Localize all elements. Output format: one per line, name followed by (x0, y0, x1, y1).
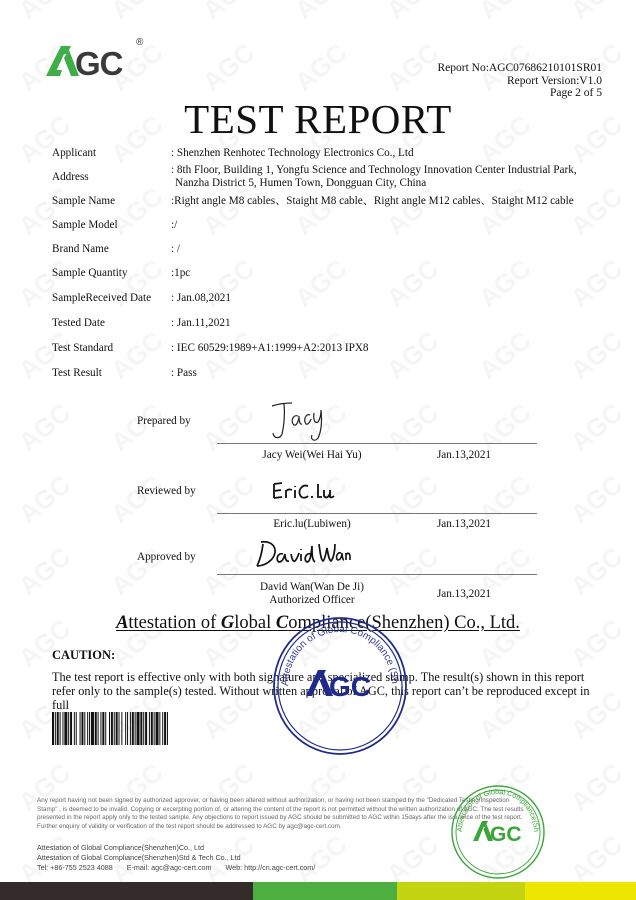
info-value: :Right angle M8 cables、Staight M8 cable、… (171, 195, 574, 208)
info-value: :/ (171, 219, 177, 232)
prepared-by-label: Prepared by (137, 415, 191, 427)
reviewed-by-label: Reviewed by (137, 485, 196, 497)
info-value: : Pass (171, 367, 197, 380)
info-value-line2: Nanzha District 5, Humen Town, Dongguan … (175, 177, 426, 190)
info-value: : Shenzhen Renhotec Technology Electroni… (171, 147, 414, 160)
info-label: Sample Name (52, 195, 115, 208)
testing-inspection-stamp: Attestation of Global Compliance(Shenzhe… (450, 784, 546, 880)
title-part: lobal (234, 613, 276, 633)
footer-company-2: Attestation of Global Compliance(Shenzhe… (37, 853, 315, 863)
color-bar-segment (397, 882, 525, 900)
agc-logo-mark: GC (44, 40, 136, 80)
footer-tel: Tel: +86-755 2523 4088 (37, 863, 113, 872)
company-seal-stamp: Attestation of Global Compliance (Shenzh… (272, 616, 408, 756)
svg-text:GC: GC (75, 45, 123, 80)
page-title: TEST REPORT (0, 94, 636, 144)
approved-by-name-text: David Wan(Wan De Ji) (217, 581, 407, 594)
color-bar-segment (0, 882, 253, 900)
color-bar-segment (253, 882, 397, 900)
prepared-by-name: Jacy Wei(Wei Hai Yu) (217, 449, 407, 462)
info-value: : IEC 60529:1989+A1:1999+A2:2013 IPX8 (171, 342, 369, 355)
barcode (52, 712, 212, 745)
color-bar-segment (525, 882, 636, 900)
reviewed-by-name: Eric.lu(Lubiwen) (217, 518, 407, 531)
info-label: Test Result (52, 367, 102, 380)
svg-text:GC: GC (329, 671, 371, 702)
info-label: Test Standard (52, 342, 113, 355)
approved-by-name: David Wan(Wan De Ji) Authorized Officer (217, 581, 407, 607)
info-label: SampleReceived Date (52, 292, 151, 305)
info-label: Address (52, 171, 89, 184)
info-label: Applicant (52, 147, 96, 160)
footer-company-1: Attestation of Global Compliance(Shenzhe… (37, 843, 315, 853)
footer-color-bar (0, 882, 636, 900)
footer-email[interactable]: E-mail: agc@agc-cert.com (127, 863, 212, 872)
signature-eric-lu (270, 478, 340, 502)
info-label: Brand Name (52, 243, 109, 256)
svg-text:GC: GC (490, 823, 522, 846)
approved-by-label: Approved by (137, 551, 196, 563)
footer-contact-info: Attestation of Global Compliance(Shenzhe… (37, 843, 315, 873)
caution-heading: CAUTION: (52, 648, 115, 663)
info-label: Sample Quantity (52, 267, 128, 280)
reviewed-by-date: Jan.13,2021 (424, 518, 504, 530)
info-value: :1pc (171, 267, 190, 280)
info-value: : 8th Floor, Building 1, Yongfu Science … (171, 164, 577, 177)
initial-a: A (116, 613, 128, 633)
info-value: : / (171, 243, 180, 256)
info-value: : Jan.11,2021 (171, 317, 231, 330)
signature-line (217, 513, 537, 514)
prepared-by-date: Jan.13,2021 (424, 449, 504, 461)
registered-mark: ® (136, 37, 143, 48)
signature-david-wan (253, 538, 351, 570)
title-part: ttestation of (128, 613, 220, 633)
report-version: Report Version:V1.0 (437, 75, 602, 88)
approved-by-date: Jan.13,2021 (424, 588, 504, 600)
agc-logo: GC ® (44, 40, 140, 80)
footer-web[interactable]: Web: http://cn.agc-cert.com/ (226, 863, 316, 872)
signature-line (217, 574, 537, 575)
initial-g: G (221, 613, 234, 633)
info-label: Tested Date (52, 317, 105, 330)
info-value: : Jan.08,2021 (171, 292, 231, 305)
report-number: Report No:AGC07686210101SR01 (437, 62, 602, 75)
approved-by-title: Authorized Officer (217, 594, 407, 607)
info-label: Sample Model (52, 219, 118, 232)
signature-line (217, 443, 537, 444)
footer-contacts: Tel: +86-755 2523 4088E-mail: agc@agc-ce… (37, 863, 315, 873)
signature-jacy (268, 398, 328, 442)
